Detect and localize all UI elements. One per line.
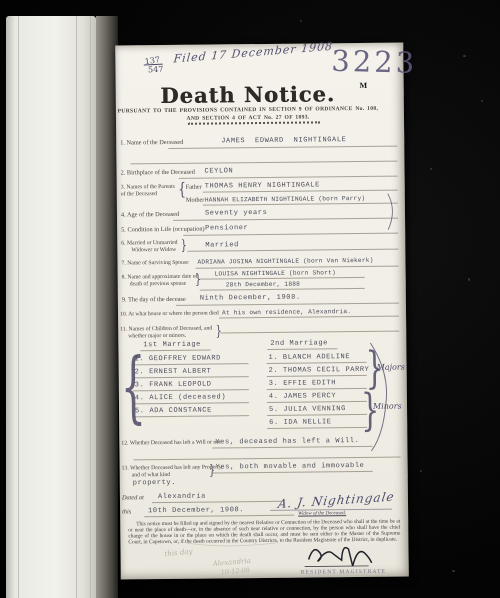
dust-speck [430,168,432,170]
dust-speck [420,470,422,472]
dust-speck [468,278,470,281]
page-edge-line [90,16,91,598]
dust-speck [452,570,455,572]
book-page-edge [6,16,96,598]
pen-curve-right-parents [388,194,393,230]
dust-speck [300,20,302,22]
magistrate-signature-underline [305,566,369,567]
dust-speck [463,55,466,57]
death-notice-page: 137 547 Filed 17 December 1908 3223 M De… [115,43,409,580]
pen-curve-right-children [370,343,387,451]
dust-speck [481,100,483,102]
book-gutter-shadow [96,16,118,598]
page-edge-line [18,16,19,598]
pencil-squiggle [180,541,276,547]
scanned-book-photo: 137 547 Filed 17 December 1908 3223 M De… [0,0,500,598]
ink-marks-overlay [115,43,409,580]
magistrate-signature [308,547,371,566]
page-edge-line [76,16,77,598]
